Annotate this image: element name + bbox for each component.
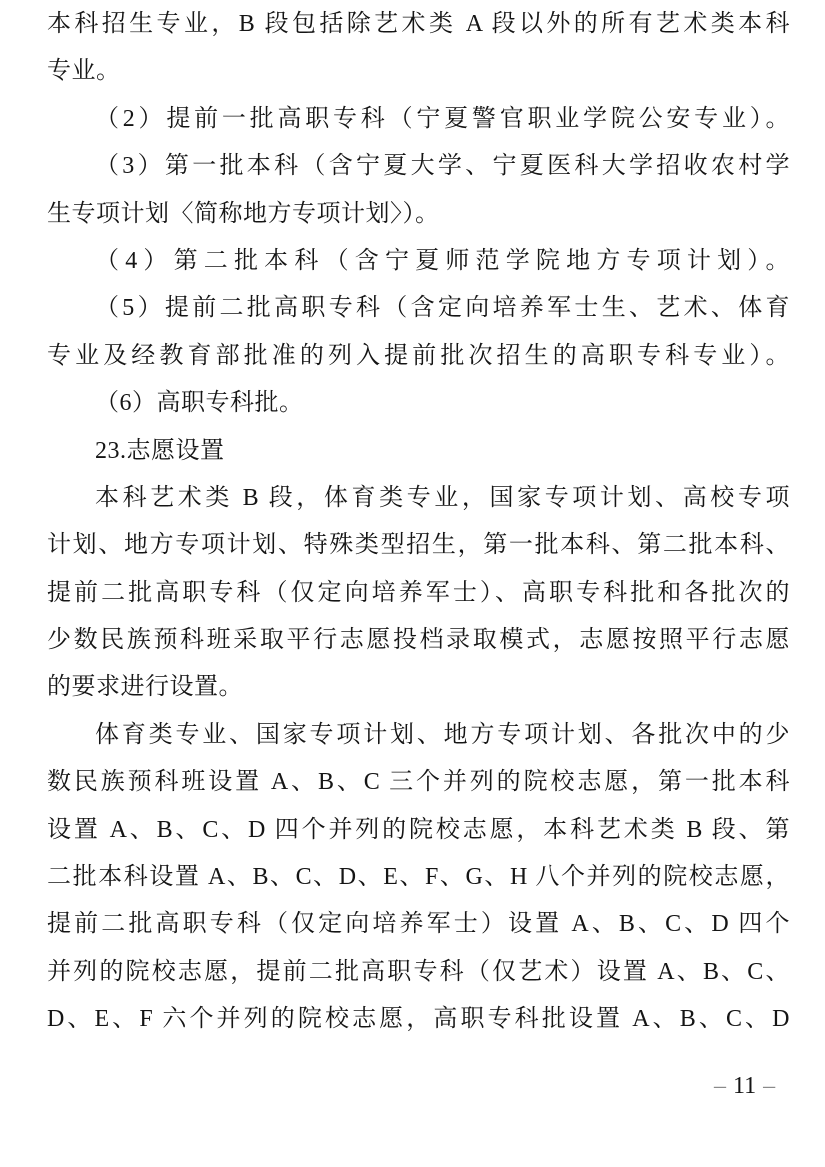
text-line: 少数民族预科班采取平行志愿投档录取模式，志愿按照平行志愿 xyxy=(47,617,790,664)
page-number-dash-left: – xyxy=(714,1073,726,1099)
text-line: 并列的院校志愿，提前二批高职专科（仅艺术）设置 A、B、C、 xyxy=(47,949,790,996)
text-line: 专业。 xyxy=(47,48,790,95)
page-number-value: 11 xyxy=(733,1073,756,1099)
body-text: 本科招生专业，B 段包括除艺术类 A 段以外的所有艺术类本科 专业。 （2）提前… xyxy=(47,1,790,1044)
page-number: –11– xyxy=(714,1072,814,1100)
text-line: D、E、F 六个并列的院校志愿，高职专科批设置 A、B、C、D xyxy=(47,996,790,1043)
page-number-dash-right: – xyxy=(763,1073,775,1099)
text-line: 专业及经教育部批准的列入提前批次招生的高职专科专业）。 xyxy=(47,333,790,380)
text-line: 本科艺术类 B 段，体育类专业，国家专项计划、高校专项 xyxy=(47,475,790,522)
text-line: 的要求进行设置。 xyxy=(47,664,790,711)
text-line: 提前二批高职专科（仅定向培养军士）设置 A、B、C、D 四个 xyxy=(47,901,790,948)
section-heading: 23.志愿设置 xyxy=(47,428,790,475)
text-line: 二批本科设置 A、B、C、D、E、F、G、H 八个并列的院校志愿， xyxy=(47,854,790,901)
document-page: 本科招生专业，B 段包括除艺术类 A 段以外的所有艺术类本科 专业。 （2）提前… xyxy=(0,0,825,1167)
text-line: 数民族预科班设置 A、B、C 三个并列的院校志愿，第一批本科 xyxy=(47,759,790,806)
text-line: （6）高职专科批。 xyxy=(47,380,790,427)
text-line: （5）提前二批高职专科（含定向培养军士生、艺术、体育 xyxy=(47,285,790,332)
text-line: 体育类专业、国家专项计划、地方专项计划、各批次中的少 xyxy=(47,712,790,759)
text-line: （3）第一批本科（含宁夏大学、宁夏医科大学招收农村学 xyxy=(47,143,790,190)
text-line: （4）第二批本科（含宁夏师范学院地方专项计划）。 xyxy=(47,238,790,285)
text-line: 生专项计划〈简称地方专项计划〉）。 xyxy=(47,191,790,238)
text-line: 本科招生专业，B 段包括除艺术类 A 段以外的所有艺术类本科 xyxy=(47,1,790,48)
text-line: （2）提前一批高职专科（宁夏警官职业学院公安专业）。 xyxy=(47,96,790,143)
text-line: 提前二批高职专科（仅定向培养军士）、高职专科批和各批次的 xyxy=(47,570,790,617)
text-line: 设置 A、B、C、D 四个并列的院校志愿，本科艺术类 B 段、第 xyxy=(47,807,790,854)
text-line: 计划、地方专项计划、特殊类型招生，第一批本科、第二批本科、 xyxy=(47,522,790,569)
